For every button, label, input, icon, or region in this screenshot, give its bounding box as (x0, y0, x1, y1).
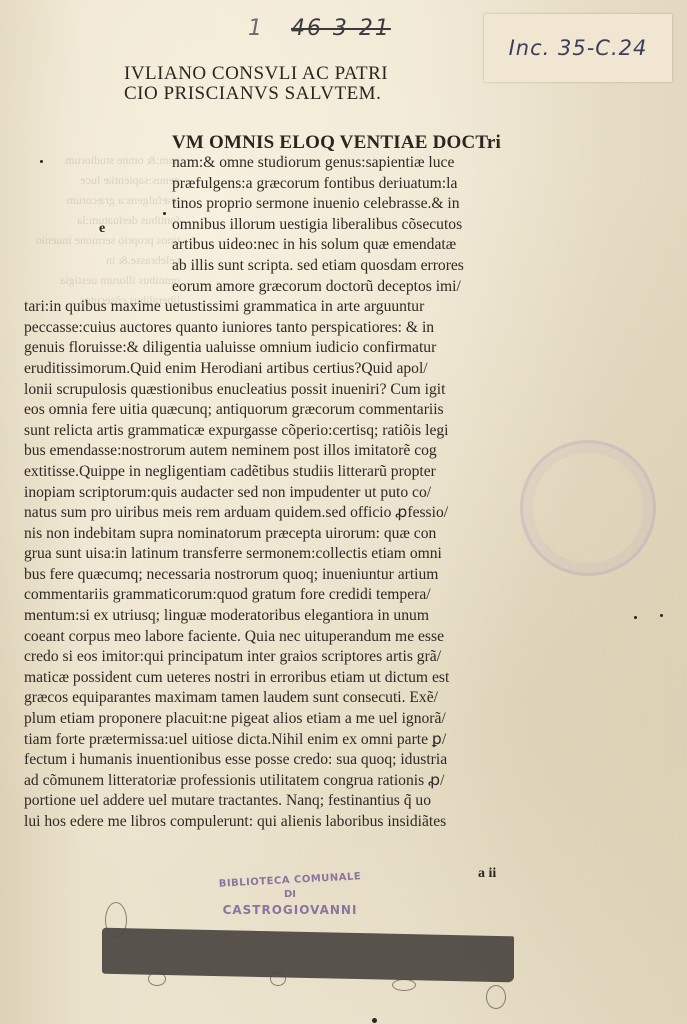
text-line: bus emendasse:nostrorum autem neminem po… (24, 441, 514, 462)
text-line: peccasse:cuius auctores quanto iuniores … (24, 318, 514, 339)
text-line: mentum:si ex utriusq; linguæ moderatorib… (24, 606, 514, 627)
text-line: lui hos edere me libros compulerunt: qui… (24, 812, 514, 833)
text-line: tari:in quibus maxime uetustissimi gramm… (24, 297, 514, 318)
text-line: nam:& omne studiorum genus:sapientiæ luc… (24, 153, 514, 174)
struck-shelfmark: 46-3-21 (291, 16, 391, 41)
text-line: credo si eos imitor:qui principatum inte… (24, 647, 514, 668)
text-line: sunt relicta artis grammaticæ expurgasse… (24, 421, 514, 442)
text-line: præfulgens:a græcorum fontibus deriuatum… (24, 174, 514, 195)
text-line: lonii scrupulosis quæstionibus enucleati… (24, 380, 514, 401)
document-page: nam:& omne studiorum genus:sapientiæ luc… (0, 0, 687, 1024)
ink-censor-bar (102, 928, 514, 983)
ink-flourish (392, 979, 416, 991)
heading-line-2: CIO PRISCIANVS SALVTEM. (124, 84, 388, 104)
stamp-line-1: BIBLIOTECA COMUNALE (205, 871, 375, 891)
heading-line-1: IVLIANO CONSVLI AC PATRI (124, 64, 388, 84)
text-line: eorum amore græcorum doctorũ deceptos im… (24, 277, 514, 298)
faded-round-stamp (520, 440, 656, 576)
shelfmark-label-text: Inc. 35-C.24 (509, 36, 648, 60)
text-line: nis non indebitam supra nominatorum præc… (24, 524, 514, 545)
text-line: genuis floruisse:& diligentia ualuisse o… (24, 338, 514, 359)
library-stamp: BIBLIOTECA COMUNALE DI CASTROGIOVANNI (205, 875, 375, 917)
text-line: fectum i humanis inuentionibus esse poss… (24, 750, 514, 771)
body-text: nam:& omne studiorum genus:sapientiæ luc… (24, 130, 514, 833)
text-line: græcos equiparantes maximam tamen laudem… (24, 688, 514, 709)
text-line: grua sunt uisa:in latinum transferre ser… (24, 544, 514, 565)
stamp-line-3: CASTROGIOVANNI (205, 903, 375, 917)
old-shelfmark: 1 46-3-21 (248, 16, 391, 41)
text-line: natus sum pro uiribus meis rem arduam qu… (24, 503, 514, 524)
text-line: portione uel addere uel mutare tractante… (24, 791, 514, 812)
text-line: omnibus illorum uestigia liberalibus cõs… (24, 215, 514, 236)
shelfmark-prefix: 1 (248, 16, 264, 41)
stamp-line-2: DI (205, 889, 375, 900)
text-line: coeant corpus meo labore faciente. Quia … (24, 627, 514, 648)
text-line: ad cõmunem litteratoriæ professionis uti… (24, 771, 514, 792)
text-line: extitisse.Quippe in negligentiam cadẽtib… (24, 462, 514, 483)
text-line: tiam forte prætermissa:uel uitiose dicta… (24, 730, 514, 751)
text-line: artibus uideo:nec in his solum quæ emend… (24, 235, 514, 256)
wormhole (660, 614, 663, 617)
text-line: maticæ possident cum ueteres nostri in e… (24, 668, 514, 689)
text-line: eruditissimorum.Quid enim Herodiani arti… (24, 359, 514, 380)
text-line: commentariis grammaticorum:quod gratum f… (24, 585, 514, 606)
signature-mark: a ii (478, 866, 496, 882)
wormhole (634, 616, 637, 619)
shelfmark-label: Inc. 35-C.24 (484, 14, 672, 82)
text-line: eos omnia fere uitia quæcunq; antiquorum… (24, 400, 514, 421)
text-line: bus fere quæcumq; necessaria nostrorum q… (24, 565, 514, 586)
text-line: ab illis sunt scripta. sed etiam quosdam… (24, 256, 514, 277)
dedication-heading: IVLIANO CONSVLI AC PATRI CIO PRISCIANVS … (124, 64, 388, 104)
text-line: inopiam scriptorum:quis audacter sed non… (24, 483, 514, 504)
text-line: plum etiam proponere placuit:ne pigeat a… (24, 709, 514, 730)
ink-flourish (486, 985, 506, 1009)
wormhole (372, 1018, 377, 1023)
text-line: tinos proprio sermone inuenio celebrasse… (24, 194, 514, 215)
